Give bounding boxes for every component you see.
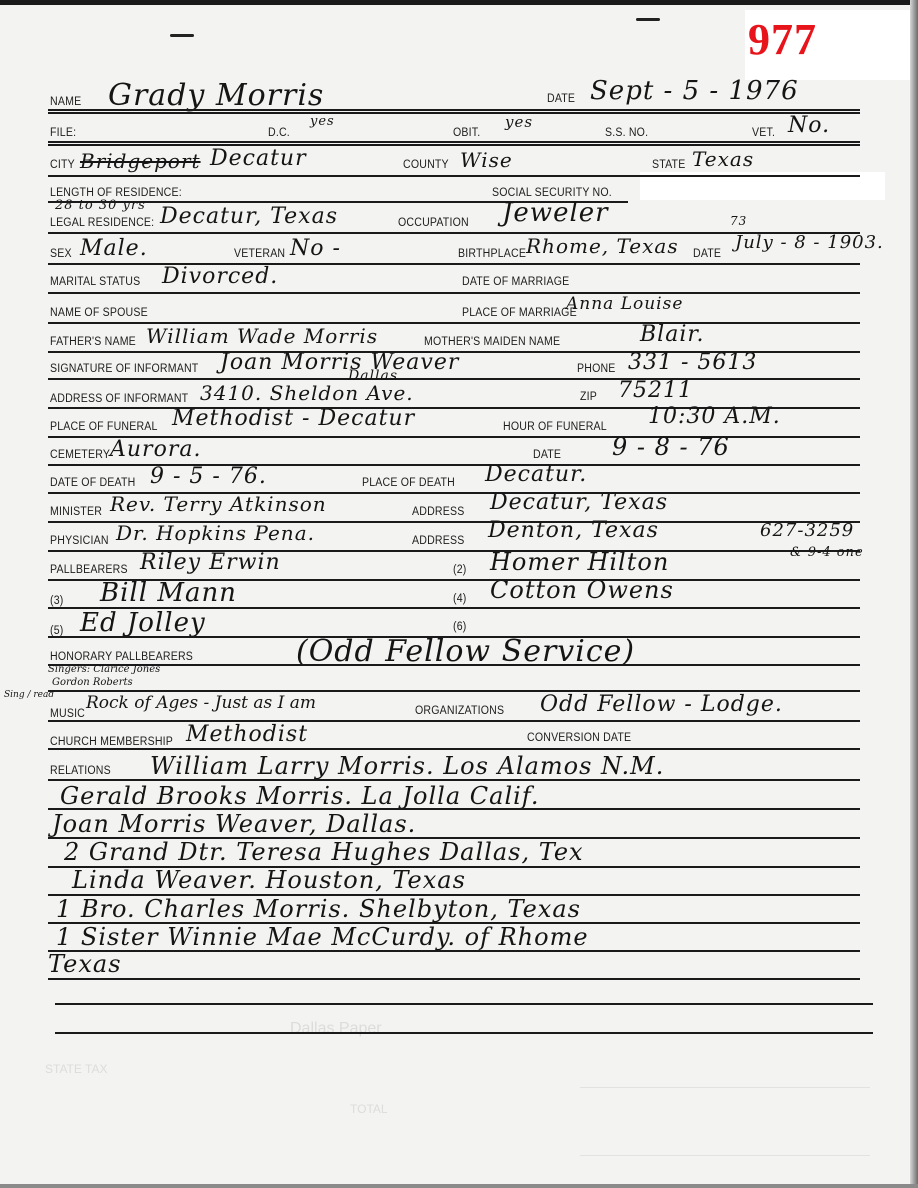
hour-of-funeral-label: HOUR OF FUNERAL — [503, 421, 607, 433]
fathers-name-value[interactable]: William Wade Morris — [146, 324, 378, 348]
physician-address-value[interactable]: Denton, Texas — [488, 518, 659, 543]
bleed-line — [580, 1087, 870, 1088]
scan-bottom-edge — [0, 1184, 918, 1188]
rule — [48, 978, 860, 980]
county-label: COUNTY — [403, 159, 449, 171]
legal-residence-value[interactable]: Decatur, Texas — [160, 204, 338, 229]
signature-of-informant-value[interactable]: Joan Morris Weaver — [220, 350, 459, 375]
rule — [48, 720, 860, 722]
obit-label: OBIT. — [453, 127, 480, 139]
date-of-marriage-label: DATE OF MARRIAGE — [462, 276, 569, 288]
honorary-pallbearers-label: HONORARY PALLBEARERS — [50, 651, 193, 663]
ss-no-label: S.S. NO. — [605, 127, 648, 139]
cemetery-date-label: DATE — [533, 449, 561, 461]
pallbearer-2[interactable]: Homer Hilton — [490, 548, 669, 576]
occupation-value[interactable]: Jeweler — [502, 198, 609, 228]
name-value[interactable]: Grady Morris — [108, 78, 324, 113]
date-of-death-label: DATE OF DEATH — [50, 477, 135, 489]
bleed-total: TOTAL — [350, 1102, 388, 1116]
rule — [48, 141, 860, 146]
physician-phone: 627-3259 — [760, 520, 854, 541]
file-number: 977 — [748, 14, 817, 65]
bleed-line — [580, 1155, 870, 1156]
scan-top-edge — [0, 0, 918, 5]
place-of-marriage-value[interactable]: Anna Louise — [566, 294, 683, 314]
minister-label: MINISTER — [50, 506, 102, 518]
pallbearer-2-note: & 9-4 one — [790, 545, 864, 560]
birth-date-label: DATE — [693, 248, 721, 260]
mothers-maiden-name-value[interactable]: Blair. — [640, 322, 704, 347]
relations-line-1[interactable]: William Larry Morris. Los Alamos N.M. — [150, 752, 664, 780]
cemetery-date-value[interactable]: 9 - 8 - 76 — [612, 433, 730, 461]
pallbearer-6-num: (6) — [453, 621, 466, 633]
dc-value[interactable]: yes — [310, 114, 335, 129]
phone-value[interactable]: 331 - 5613 — [628, 350, 757, 375]
rule — [48, 748, 860, 750]
cemetery-value[interactable]: Aurora. — [110, 437, 201, 462]
legal-residence-label: LEGAL RESIDENCE: — [50, 217, 154, 229]
relations-line-2[interactable]: Gerald Brooks Morris. La Jolla Calif. — [60, 782, 539, 810]
state-value[interactable]: Texas — [692, 147, 754, 171]
minister-value[interactable]: Rev. Terry Atkinson — [110, 492, 327, 516]
punch-mark — [170, 34, 194, 37]
mothers-maiden-name-label: MOTHER'S MAIDEN NAME — [424, 336, 560, 348]
minister-address-value[interactable]: Decatur, Texas — [490, 490, 668, 515]
church-membership-label: CHURCH MEMBERSHIP — [50, 736, 173, 748]
rule — [48, 950, 860, 952]
physician-address-label: ADDRESS — [412, 535, 464, 547]
informant-city-note: Dallas — [348, 368, 398, 384]
place-of-marriage-label: PLACE OF MARRIAGE — [462, 307, 577, 319]
rule — [55, 1032, 873, 1034]
relations-line-7[interactable]: 1 Sister Winnie Mae McCurdy. of Rhome — [56, 923, 589, 951]
pallbearer-2-num: (2) — [453, 564, 466, 576]
place-of-funeral-label: PLACE OF FUNERAL — [50, 421, 158, 433]
relations-line-6[interactable]: 1 Bro. Charles Morris. Shelbyton, Texas — [56, 895, 581, 923]
rule — [55, 1003, 873, 1005]
margin-note-line-2: Gordon Roberts — [52, 677, 133, 688]
punch-mark — [636, 18, 660, 21]
sex-label: SEX — [50, 248, 72, 260]
rule — [48, 175, 860, 177]
dc-label: D.C. — [268, 127, 290, 139]
state-label: STATE — [652, 159, 685, 171]
bleed-dallas-paper: Dallas Paper — [290, 1020, 382, 1038]
relations-line-3[interactable]: Joan Morris Weaver, Dallas. — [52, 810, 416, 838]
place-of-death-label: PLACE OF DEATH — [362, 477, 455, 489]
rule — [48, 779, 860, 781]
birth-date-value[interactable]: July - 8 - 1903. — [735, 232, 884, 253]
birthplace-value[interactable]: Rhome, Texas — [526, 234, 679, 258]
zip-value[interactable]: 75211 — [618, 378, 693, 403]
physician-value[interactable]: Dr. Hopkins Pena. — [116, 521, 315, 545]
minister-address-label: ADDRESS — [412, 506, 464, 518]
rule — [48, 109, 860, 114]
relations-line-5[interactable]: Linda Weaver. Houston, Texas — [72, 866, 466, 894]
rule — [48, 378, 860, 380]
place-of-death-value[interactable]: Decatur. — [485, 462, 587, 487]
pallbearer-3[interactable]: Bill Mann — [100, 578, 237, 608]
date-value[interactable]: Sept - 5 - 1976 — [590, 76, 799, 106]
marital-status-value[interactable]: Divorced. — [162, 264, 278, 289]
signature-of-informant-label: SIGNATURE OF INFORMANT — [50, 363, 198, 375]
relations-line-4[interactable]: 2 Grand Dtr. Teresa Hughes Dallas, Tex — [64, 838, 584, 866]
pallbearer-5[interactable]: Ed Jolley — [80, 608, 206, 638]
pallbearer-3-num: (3) — [50, 595, 63, 607]
pallbearer-4-num: (4) — [453, 593, 466, 605]
veteran-value[interactable]: No - — [290, 236, 341, 261]
organizations-value[interactable]: Odd Fellow - Lodge. — [540, 692, 783, 717]
date-of-death-value[interactable]: 9 - 5 - 76. — [150, 464, 267, 489]
vet-label: VET. — [752, 127, 775, 139]
vet-value[interactable]: No. — [788, 113, 830, 138]
conversion-date-label: CONVERSION DATE — [527, 732, 631, 744]
fathers-name-label: FATHER'S NAME — [50, 336, 136, 348]
occupation-label: OCCUPATION — [398, 217, 469, 229]
address-of-informant-label: ADDRESS OF INFORMANT — [50, 393, 188, 405]
sex-value[interactable]: Male. — [80, 236, 148, 261]
age-note: 73 — [730, 214, 747, 228]
file-label: FILE: — [50, 127, 76, 139]
relations-line-8[interactable]: Texas — [48, 950, 122, 978]
birthplace-label: BIRTHPLACE — [458, 248, 526, 260]
rule — [48, 292, 860, 294]
margin-note-side: Sing / read — [4, 690, 54, 700]
zip-label: ZIP — [580, 391, 597, 403]
pallbearers-label: PALLBEARERS — [50, 564, 128, 576]
veteran-label: VETERAN — [234, 248, 285, 260]
music-value[interactable]: Rock of Ages - Just as I am — [86, 693, 316, 713]
scan-right-edge — [910, 0, 918, 1188]
relations-label: RELATIONS — [50, 765, 111, 777]
obit-value[interactable]: yes — [505, 113, 533, 131]
rule — [48, 664, 860, 666]
margin-note-line-1: Singers: Clarice Jones — [48, 664, 160, 675]
city-label: CITY — [50, 159, 75, 171]
cemetery-label: CEMETERY — [50, 449, 110, 461]
hour-of-funeral-value[interactable]: 10:30 A.M. — [648, 404, 781, 429]
name-of-spouse-label: NAME OF SPOUSE — [50, 307, 148, 319]
music-label: MUSIC — [50, 708, 85, 720]
phone-label: PHONE — [577, 363, 616, 375]
physician-label: PHYSICIAN — [50, 535, 109, 547]
city-struck-value: Bridgeport — [80, 149, 201, 173]
church-membership-value[interactable]: Methodist — [186, 722, 308, 747]
county-value[interactable]: Wise — [460, 148, 513, 172]
pallbearer-1[interactable]: Riley Erwin — [140, 550, 281, 575]
marital-status-label: MARITAL STATUS — [50, 276, 140, 288]
place-of-funeral-value[interactable]: Methodist - Decatur — [172, 406, 415, 431]
organizations-label: ORGANIZATIONS — [415, 705, 504, 717]
bleed-state-tax: STATE TAX — [45, 1062, 107, 1076]
address-of-informant-value[interactable]: 3410. Sheldon Ave. — [200, 381, 414, 405]
pallbearer-4[interactable]: Cotton Owens — [490, 576, 674, 604]
city-value[interactable]: Decatur — [210, 146, 307, 171]
name-label: NAME — [50, 96, 81, 108]
date-label: DATE — [547, 93, 575, 105]
